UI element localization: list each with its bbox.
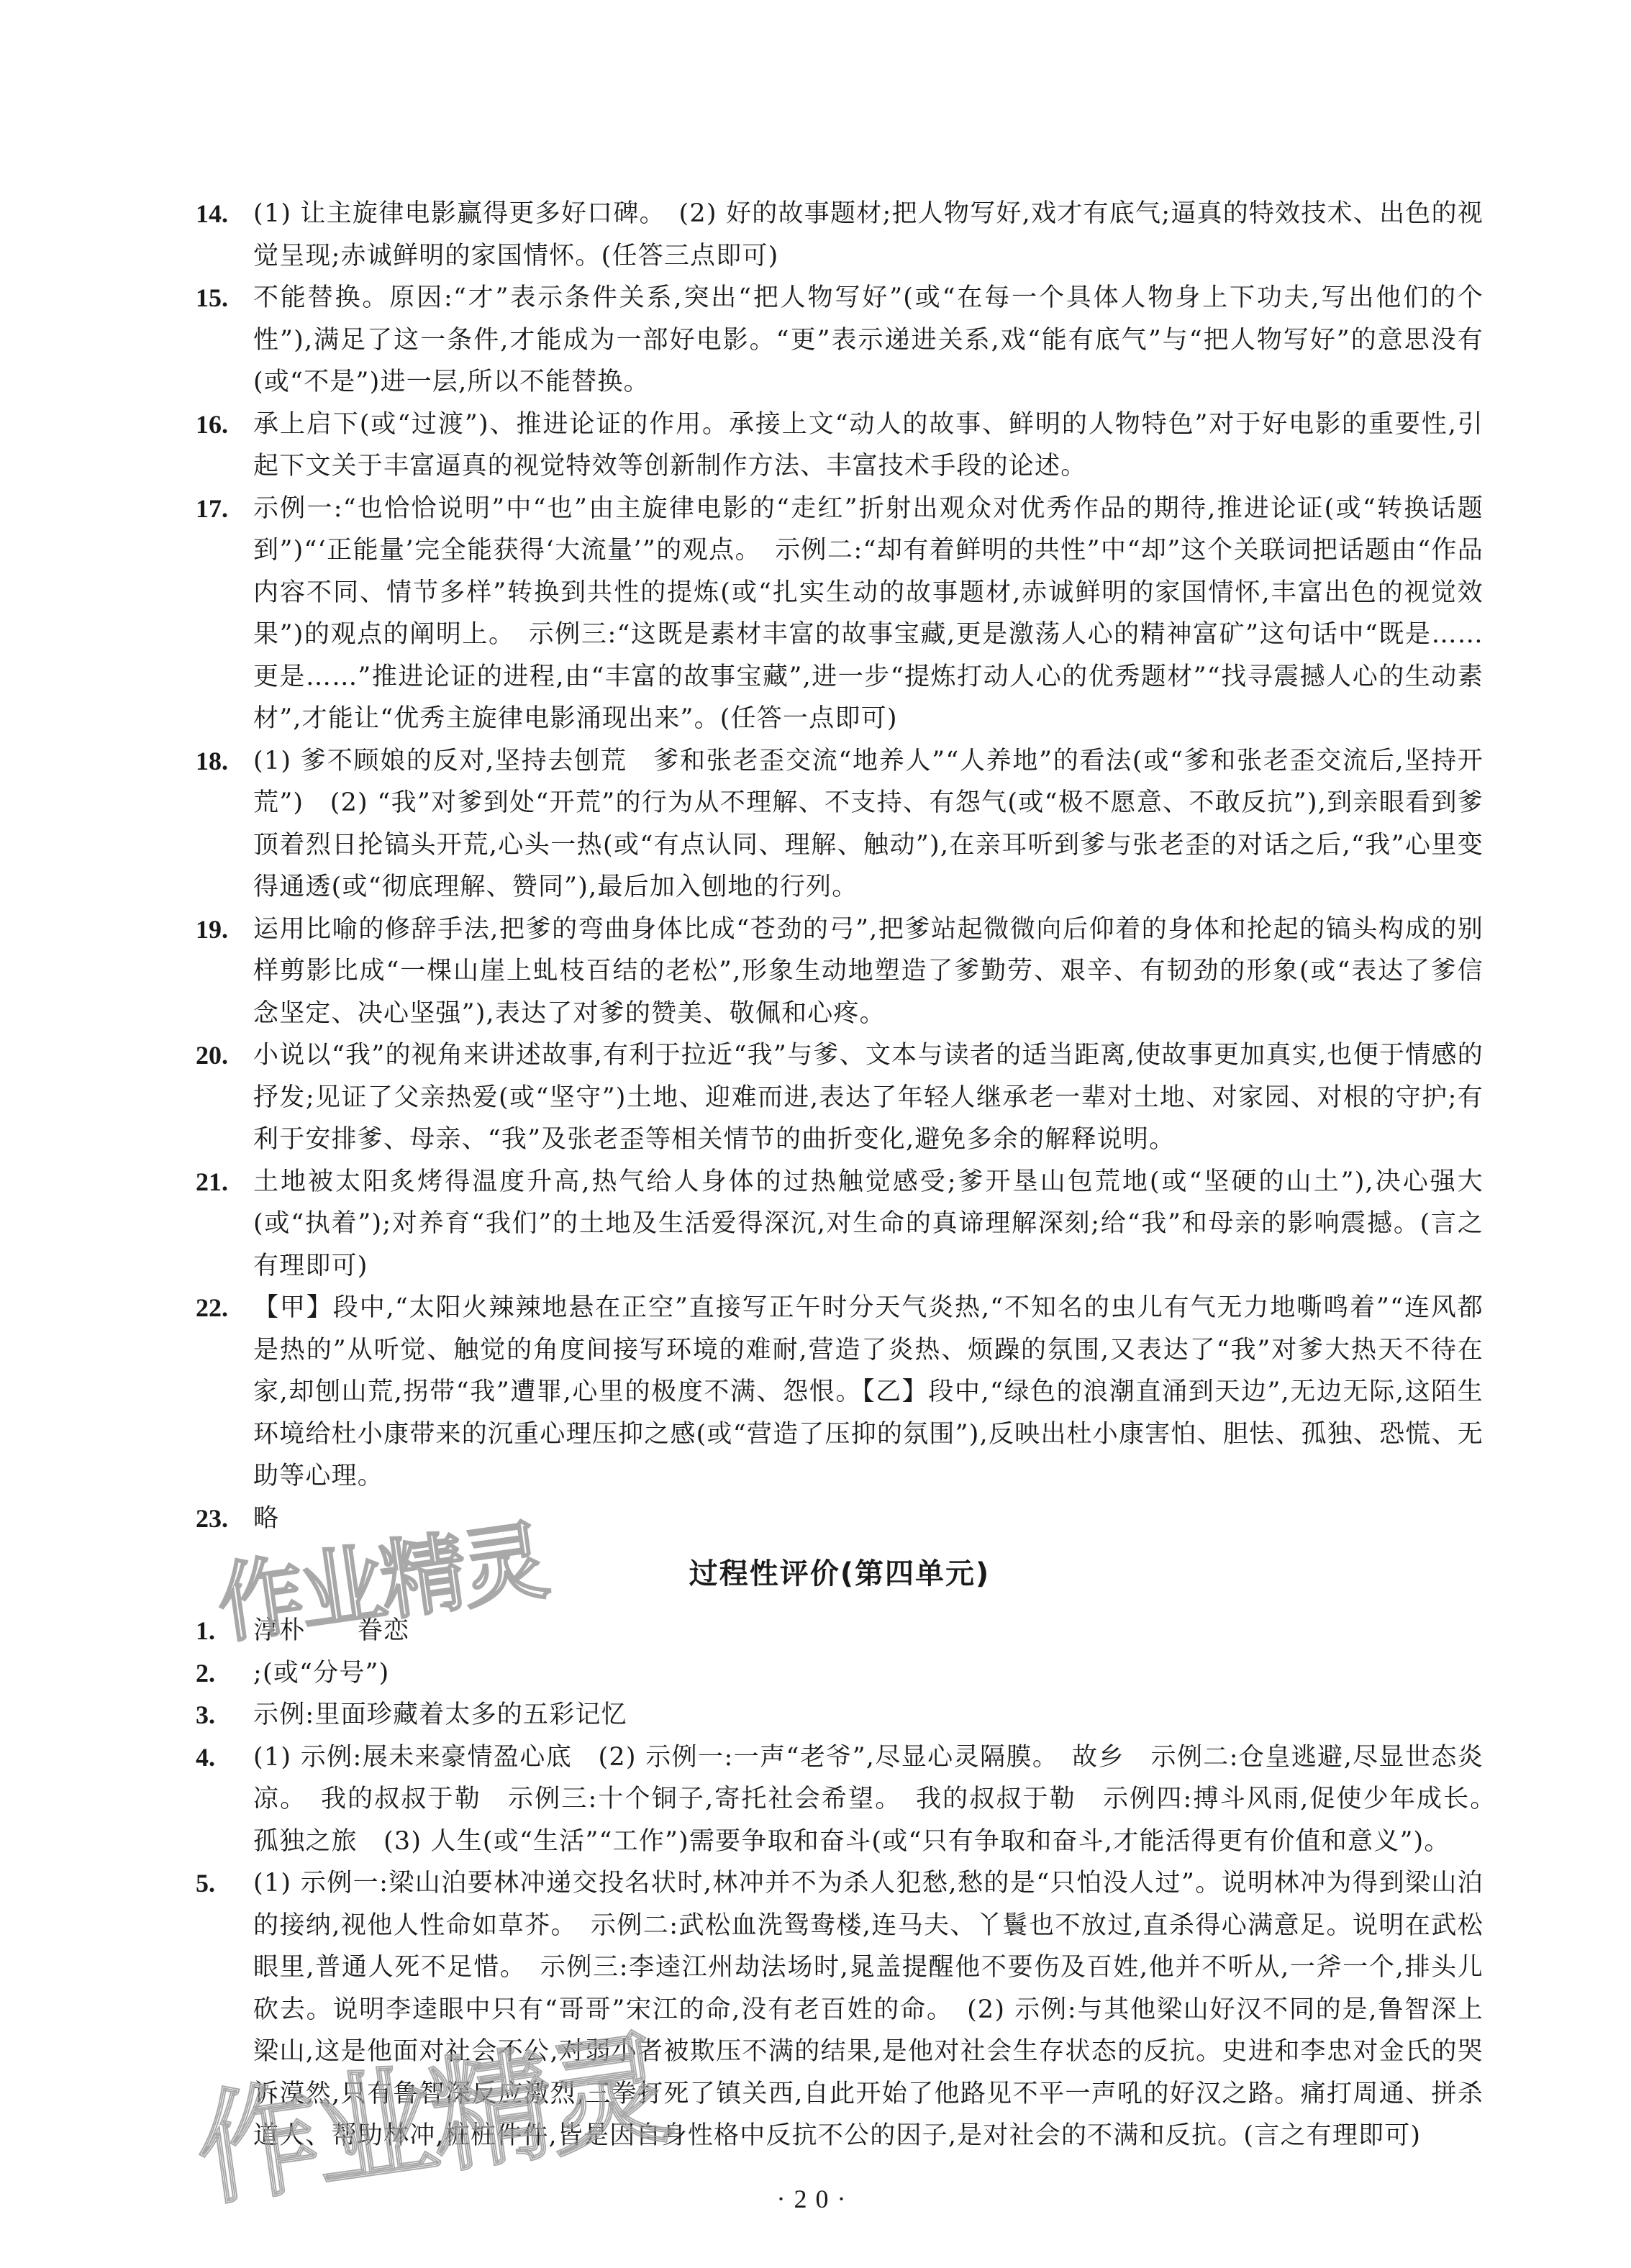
- item-text: 土地被太阳炙烤得温度升高,热气给人身体的过热触觉感受;爹开垦山包荒地(或“坚硬的…: [253, 1161, 1484, 1288]
- answer-item-2: 2. ;(或“分号”): [196, 1652, 1484, 1695]
- item-text: 示例:里面珍藏着太多的五彩记忆: [253, 1694, 1484, 1736]
- item-number: 22.: [196, 1287, 228, 1329]
- answer-item-17: 17. 示例一:“也恰恰说明”中“也”由主旋律电影的“走红”折射出观众对优秀作品…: [196, 488, 1484, 740]
- item-text: (1) 让主旋律电影赢得更多好口碑。 (2) 好的故事题材;把人物写好,戏才有底…: [253, 193, 1484, 277]
- item-text: 承上启下(或“过渡”)、推进论证的作用。承接上文“动人的故事、鲜明的人物特色”对…: [253, 404, 1484, 488]
- item-number: 21.: [196, 1161, 228, 1203]
- item-text: (1) 示例一:梁山泊要林冲递交投名状时,林冲并不为杀人犯愁,愁的是“只怕没人过…: [253, 1862, 1484, 2157]
- item-number: 16.: [196, 404, 228, 446]
- item-number: 18.: [196, 740, 228, 783]
- answer-item-21: 21. 土地被太阳炙烤得温度升高,热气给人身体的过热触觉感受;爹开垦山包荒地(或…: [196, 1161, 1484, 1288]
- item-text: 淳朴 眷恋: [253, 1610, 1484, 1652]
- answer-item-15: 15. 不能替换。原因:“才”表示条件关系,突出“把人物写好”(或“在每一个具体…: [196, 277, 1484, 404]
- item-text: 【甲】段中,“太阳火辣辣地悬在正空”直接写正午时分天气炎热,“不知名的虫儿有气无…: [253, 1287, 1484, 1498]
- item-number: 17.: [196, 488, 228, 530]
- answer-item-5: 5. (1) 示例一:梁山泊要林冲递交投名状时,林冲并不为杀人犯愁,愁的是“只怕…: [196, 1862, 1484, 2157]
- item-number: 2.: [196, 1652, 215, 1695]
- item-number: 14.: [196, 193, 228, 235]
- item-text: 运用比喻的修辞手法,把爹的弯曲身体比成“苍劲的弓”,把爹站起微微向后仰着的身体和…: [253, 908, 1484, 1035]
- item-text: 小说以“我”的视角来讲述故事,有利于拉近“我”与爹、文本与读者的适当距离,使故事…: [253, 1034, 1484, 1161]
- item-text: (1) 爹不顾娘的反对,坚持去刨荒 爹和张老歪交流“地养人”“人养地”的看法(或…: [253, 740, 1484, 908]
- answer-item-16: 16. 承上启下(或“过渡”)、推进论证的作用。承接上文“动人的故事、鲜明的人物…: [196, 404, 1484, 488]
- item-number: 5.: [196, 1862, 215, 1905]
- answer-item-22: 22. 【甲】段中,“太阳火辣辣地悬在正空”直接写正午时分天气炎热,“不知名的虫…: [196, 1287, 1484, 1498]
- section-title: 过程性评价(第四单元): [196, 1552, 1484, 1595]
- item-text: ;(或“分号”): [253, 1652, 1484, 1695]
- item-number: 19.: [196, 908, 228, 951]
- page-number-dot-right: ·: [837, 2185, 855, 2213]
- answer-item-19: 19. 运用比喻的修辞手法,把爹的弯曲身体比成“苍劲的弓”,把爹站起微微向后仰着…: [196, 908, 1484, 1035]
- page-number: ·20·: [0, 2184, 1631, 2214]
- item-number: 1.: [196, 1610, 215, 1652]
- item-number: 23.: [196, 1498, 228, 1540]
- page-number-value: 20: [794, 2185, 837, 2213]
- page-number-dot-left: ·: [777, 2185, 794, 2213]
- item-text: 不能替换。原因:“才”表示条件关系,突出“把人物写好”(或“在每一个具体人物身上…: [253, 277, 1484, 404]
- answer-item-4: 4. (1) 示例:展未来豪情盈心底 (2) 示例一:一声“老爷”,尽显心灵隔膜…: [196, 1736, 1484, 1863]
- item-text: 示例一:“也恰恰说明”中“也”由主旋律电影的“走红”折射出观众对优秀作品的期待,…: [253, 488, 1484, 740]
- item-number: 4.: [196, 1736, 215, 1779]
- item-number: 3.: [196, 1694, 215, 1736]
- answer-item-23: 23. 略: [196, 1498, 1484, 1540]
- answer-page: 14. (1) 让主旋律电影赢得更多好口碑。 (2) 好的故事题材;把人物写好,…: [196, 193, 1484, 2157]
- item-number: 20.: [196, 1034, 228, 1077]
- answer-item-3: 3. 示例:里面珍藏着太多的五彩记忆: [196, 1694, 1484, 1736]
- item-text: (1) 示例:展未来豪情盈心底 (2) 示例一:一声“老爷”,尽显心灵隔膜。 故…: [253, 1736, 1484, 1863]
- item-number: 15.: [196, 277, 228, 319]
- answer-item-20: 20. 小说以“我”的视角来讲述故事,有利于拉近“我”与爹、文本与读者的适当距离…: [196, 1034, 1484, 1161]
- answer-item-18: 18. (1) 爹不顾娘的反对,坚持去刨荒 爹和张老歪交流“地养人”“人养地”的…: [196, 740, 1484, 908]
- item-text: 略: [253, 1498, 1484, 1540]
- answer-item-1: 1. 淳朴 眷恋: [196, 1610, 1484, 1652]
- answer-item-14: 14. (1) 让主旋律电影赢得更多好口碑。 (2) 好的故事题材;把人物写好,…: [196, 193, 1484, 277]
